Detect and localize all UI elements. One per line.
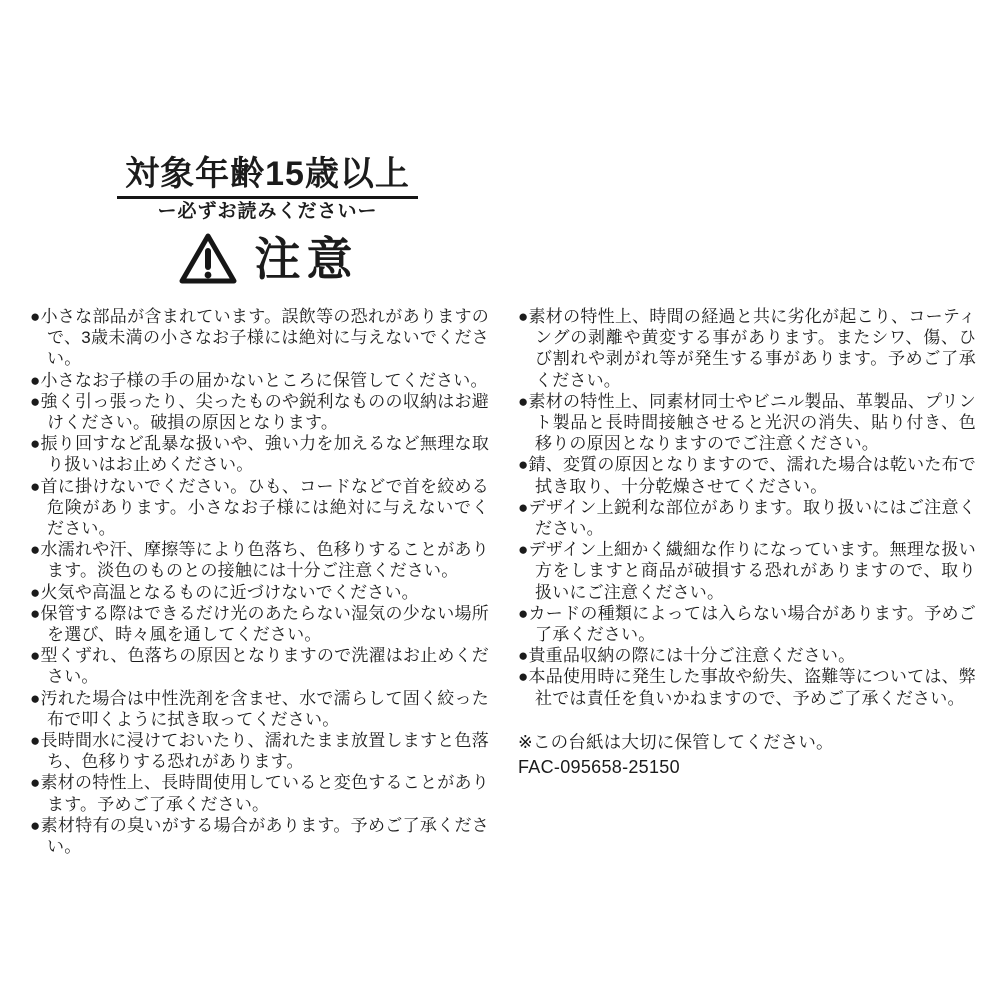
warning-item: ●貴重品収納の際には十分ご注意ください。 <box>518 645 976 666</box>
caution-header: 対象年齢15歳以上 ー必ずお読みくださいー 注意 <box>0 156 535 287</box>
warning-text: 錆、変質の原因となりますので、濡れた場合は乾いた布で拭き取り、十分乾燥させてくだ… <box>529 455 977 495</box>
bullet-marker: ● <box>30 392 41 411</box>
bullet-marker: ● <box>30 731 41 750</box>
bullet-marker: ● <box>30 583 40 602</box>
warning-item: ●素材の特性上、時間の経過と共に劣化が起こり、コーティングの剥離や黄変する事があ… <box>518 306 976 391</box>
bullet-marker: ● <box>518 646 528 665</box>
bullet-marker: ● <box>518 540 529 559</box>
bullet-marker: ● <box>30 816 41 835</box>
warning-text: 素材特有の臭いがする場合があります。予めご了承ください。 <box>41 816 489 856</box>
warning-list-right: ●素材の特性上、時間の経過と共に劣化が起こり、コーティングの剥離や黄変する事があ… <box>518 306 976 709</box>
warning-item: ●長時間水に浸けておいたり、濡れたまま放置しますと色落ち、色移りする恐れがありま… <box>30 730 489 772</box>
warning-text: 保管する際はできるだけ光のあたらない湿気の少ない場所を選び、時々風を通してくださ… <box>41 604 489 644</box>
warning-text: 長時間水に浸けておいたり、濡れたまま放置しますと色落ち、色移りする恐れがあります… <box>41 731 489 771</box>
warning-item: ●デザイン上鋭利な部位があります。取り扱いにはご注意ください。 <box>518 497 976 539</box>
warning-item: ●汚れた場合は中性洗剤を含ませ、水で濡らして固く絞った布で叩くように拭き取ってく… <box>30 688 489 730</box>
caution-title: 注意 <box>255 236 359 282</box>
warning-text: 振り回すなど乱暴な扱いや、強い力を加えるなど無理な取り扱いはお止めください。 <box>41 434 489 474</box>
warning-item: ●素材特有の臭いがする場合があります。予めご了承ください。 <box>30 815 489 857</box>
warning-list-left: ●小さな部品が含まれています。誤飲等の恐れがありますので、3歳未満の小さなお子様… <box>30 306 489 857</box>
footer: ※この台紙は大切に保管してください。 FAC-095658-25150 <box>518 731 976 779</box>
warning-item: ●素材の特性上、長時間使用していると変色することがあります。予めご了承ください。 <box>30 772 489 814</box>
warning-item: ●首に掛けないでください。ひも、コードなどで首を絞める危険があります。小さなお子… <box>30 476 489 540</box>
warning-text: 小さなお子様の手の届かないところに保管してください。 <box>40 371 487 390</box>
bullet-marker: ● <box>518 667 529 686</box>
warning-text: 首に掛けないでください。ひも、コードなどで首を絞める危険があります。小さなお子様… <box>41 477 489 538</box>
warning-text: デザイン上鋭利な部位があります。取り扱いにはご注意ください。 <box>529 498 976 538</box>
bullet-marker: ● <box>30 307 41 326</box>
warning-text: 強く引っ張ったり、尖ったものや鋭利なものの収納はお避けください。破損の原因となり… <box>41 392 489 432</box>
bullet-marker: ● <box>518 307 529 326</box>
warning-text: 素材の特性上、長時間使用していると変色することがあります。予めご了承ください。 <box>41 773 489 813</box>
warning-item: ●火気や高温となるものに近づけないでください。 <box>30 582 489 603</box>
bullet-marker: ● <box>30 434 41 453</box>
warning-item: ●素材の特性上、同素材同士やビニル製品、革製品、プリント製品と長時間接触させると… <box>518 391 976 455</box>
bullet-marker: ● <box>30 773 41 792</box>
bullet-marker: ● <box>30 604 41 623</box>
warnings-left-column: ●小さな部品が含まれています。誤飲等の恐れがありますので、3歳未満の小さなお子様… <box>30 306 489 857</box>
bullet-marker: ● <box>518 392 529 411</box>
warning-text: カードの種類によっては入らない場合があります。予めご了承ください。 <box>529 604 976 644</box>
bullet-marker: ● <box>30 689 41 708</box>
bullet-marker: ● <box>518 604 529 623</box>
warning-item: ●錆、変質の原因となりますので、濡れた場合は乾いた布で拭き取り、十分乾燥させてく… <box>518 454 976 496</box>
warning-item: ●強く引っ張ったり、尖ったものや鋭利なものの収納はお避けください。破損の原因とな… <box>30 391 489 433</box>
warning-text: 素材の特性上、同素材同士やビニル製品、革製品、プリント製品と長時間接触させると光… <box>529 392 976 453</box>
warning-text: 小さな部品が含まれています。誤飲等の恐れがありますので、3歳未満の小さなお子様に… <box>41 307 489 368</box>
warning-text: デザイン上細かく繊細な作りになっています。無理な扱い方をしますと商品が破損する恐… <box>529 540 976 601</box>
warning-text: 汚れた場合は中性洗剤を含ませ、水で濡らして固く絞った布で叩くように拭き取ってくだ… <box>41 689 489 729</box>
bullet-marker: ● <box>518 498 529 517</box>
warning-item: ●デザイン上細かく繊細な作りになっています。無理な扱い方をしますと商品が破損する… <box>518 539 976 603</box>
warnings-right-column: ●素材の特性上、時間の経過と共に劣化が起こり、コーティングの剥離や黄変する事があ… <box>518 306 976 779</box>
target-age-label: 対象年齢15歳以上 <box>117 156 418 199</box>
must-read-note: ー必ずお読みくださいー <box>0 202 535 223</box>
warning-text: 本品使用時に発生した事故や紛失、盗難等については、弊社では責任を負いかねますので… <box>529 667 977 707</box>
warning-item: ●小さな部品が含まれています。誤飲等の恐れがありますので、3歳未満の小さなお子様… <box>30 306 489 370</box>
warning-text: 貴重品収納の際には十分ご注意ください。 <box>528 646 855 665</box>
warning-item: ●カードの種類によっては入らない場合があります。予めご了承ください。 <box>518 603 976 645</box>
warning-item: ●振り回すなど乱暴な扱いや、強い力を加えるなど無理な取り扱いはお止めください。 <box>30 433 489 475</box>
bullet-marker: ● <box>30 477 41 496</box>
warning-item: ●保管する際はできるだけ光のあたらない湿気の少ない場所を選び、時々風を通してくだ… <box>30 603 489 645</box>
warning-text: 水濡れや汗、摩擦等により色落ち、色移りすることがあります。淡色のものとの接触には… <box>41 540 489 580</box>
warning-text: 素材の特性上、時間の経過と共に劣化が起こり、コーティングの剥離や黄変する事があり… <box>529 307 976 390</box>
warning-triangle-exclamation-icon <box>177 231 239 287</box>
bullet-marker: ● <box>30 371 40 390</box>
bullet-marker: ● <box>518 455 529 474</box>
warning-item: ●水濡れや汗、摩擦等により色落ち、色移りすることがあります。淡色のものとの接触に… <box>30 539 489 581</box>
keep-card-note: ※この台紙は大切に保管してください。 <box>518 731 976 754</box>
product-code: FAC-095658-25150 <box>518 756 976 779</box>
warning-item: ●型くずれ、色落ちの原因となりますので洗濯はお止めください。 <box>30 645 489 687</box>
warning-text: 型くずれ、色落ちの原因となりますので洗濯はお止めください。 <box>40 646 489 686</box>
warning-item: ●小さなお子様の手の届かないところに保管してください。 <box>30 370 489 391</box>
warning-item: ●本品使用時に発生した事故や紛失、盗難等については、弊社では責任を負いかねますの… <box>518 666 976 708</box>
warning-text: 火気や高温となるものに近づけないでください。 <box>40 583 418 602</box>
bullet-marker: ● <box>30 540 41 559</box>
bullet-marker: ● <box>30 646 40 665</box>
caution-title-row: 注意 <box>0 231 535 287</box>
